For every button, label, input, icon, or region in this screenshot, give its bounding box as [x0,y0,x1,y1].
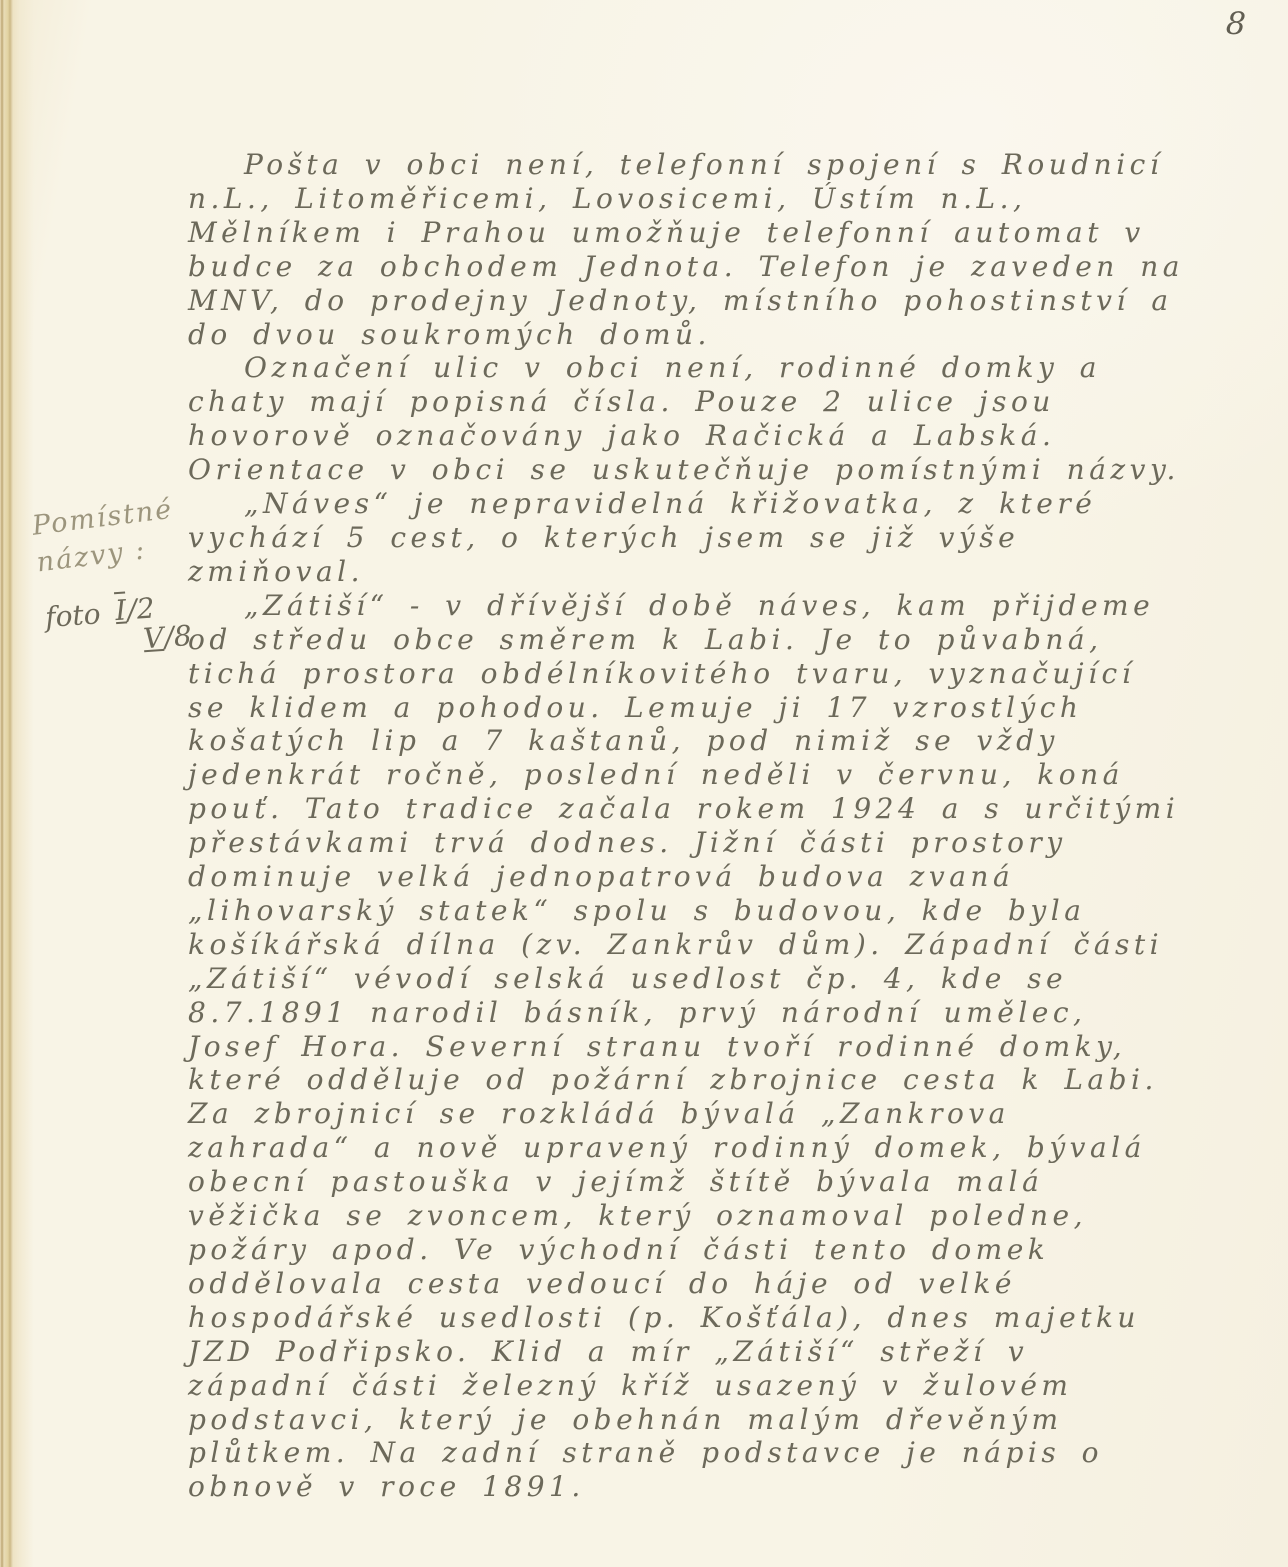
manuscript-paragraph-naves: „Náves“ je nepravidelná křižovatka, z kt… [188,487,1190,589]
page-number: 8 [1225,6,1247,43]
page-binding-edge [0,0,34,1567]
photo-reference-numbers: I/2V/8 [113,591,192,656]
photo-reference-label: foto [44,597,102,634]
manuscript-paragraph-post: Pošta v obci není, telefonní spojení s R… [188,148,1190,351]
photo-roman-bottom: V [141,621,165,655]
chronicle-page-sheet: 8 Pomístné názvy : fotoI/2V/8 Pošta v ob… [0,0,1288,1567]
margin-note-heading: Pomístné názvy : [30,489,198,582]
photo-reference-bottom: V/8 [141,621,192,654]
photo-reference-note: fotoI/2V/8 [44,591,193,661]
manuscript-paragraph-zatisi: „Zátiší“ - v dřívější době náves, kam př… [188,589,1190,1504]
manuscript-paragraph-streets: Označení ulic v obci není, rodinné domky… [188,351,1190,487]
manuscript-text-block: Pošta v obci není, telefonní spojení s R… [188,148,1190,1504]
